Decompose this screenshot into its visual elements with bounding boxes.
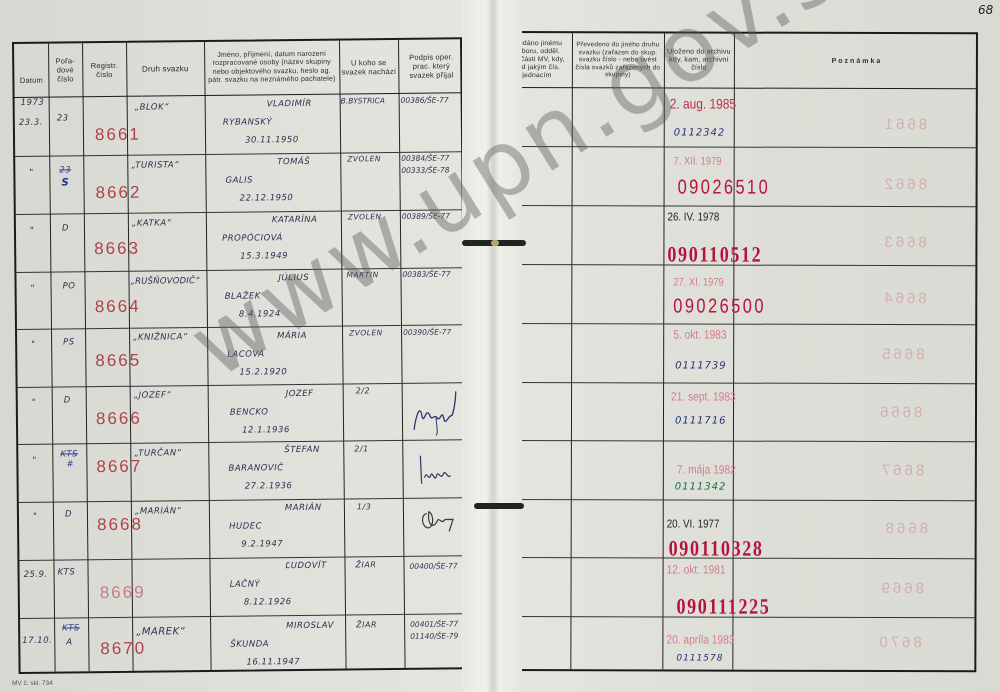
bleed-through-8662: 8662 [882, 176, 927, 193]
row-last-name: PROPÓCIOVÁ [222, 233, 283, 244]
archive-number-stamp: 090111225 [676, 593, 770, 619]
bleed-through-8670: 8670 [876, 634, 921, 651]
row-location: ZVOLEN [349, 328, 383, 337]
officer-signature-scrawl [410, 385, 461, 438]
row-file-type: „BLOK“ [135, 102, 169, 112]
row-order: S [61, 177, 70, 188]
bleed-through-8664: 8664 [881, 290, 926, 307]
row-reg-number: 8663 [94, 239, 140, 259]
row-signature: 00400/ŠE-77 [409, 561, 457, 571]
row-order-struck: KTS [62, 623, 80, 633]
row-date: " [31, 284, 36, 294]
header-note: Poznámka [734, 34, 980, 89]
row-file-type: „MAREK“ [136, 626, 185, 638]
archive-date-stamp: 21. sept. 1983 [671, 389, 736, 403]
binding-staple-bottom [474, 503, 524, 509]
row-order-struck: 23 [59, 165, 71, 175]
officer-signature-scrawl [417, 505, 457, 539]
row-signature: 00383/ŠE-77 [402, 269, 450, 279]
row-last-name: HUDEC [229, 521, 262, 531]
row-first-name: JÚLIUS [278, 273, 309, 283]
row-dob: 22.12.1950 [240, 193, 294, 204]
row-location: B.BYSTRICA [341, 96, 385, 105]
left-page: Datum Pořa-dové číslo Registr. číslo Dru… [0, 0, 470, 692]
row-first-name: MIROSLAV [286, 621, 334, 631]
bleed-through-8668: 8668 [883, 520, 928, 537]
row-first-name: ŠTEFAN [284, 445, 320, 455]
row-dob: 15.3.1949 [240, 251, 288, 261]
row-order: D [62, 223, 69, 233]
row-order: # [66, 459, 74, 469]
right-page: Předáno jinému odboru, odděl. součásti M… [470, 0, 1000, 692]
row-reg-number: 8664 [95, 297, 141, 317]
header-file-location: U koho se svazek nachází [339, 40, 399, 94]
row-last-name: LAČNÝ [230, 579, 261, 589]
row-last-name: BENCKO [230, 407, 269, 417]
row-order: PO [63, 281, 76, 291]
row-date: " [29, 168, 34, 178]
header-date: Datum [14, 44, 49, 97]
register-book-spread: Datum Pořa-dové číslo Registr. číslo Dru… [0, 0, 1000, 692]
bleed-through-8667: 8667 [879, 462, 924, 479]
row-signature: 00389/ŠE-77 [402, 211, 450, 221]
archive-number-handwritten: 0111342 [675, 481, 727, 492]
row-signature: 00384/ŠE-77 [401, 153, 449, 163]
archive-date-stamp: 20. apríla 1983 [666, 632, 734, 646]
row-file-type: „RUŠŇOVODIČ“ [130, 276, 199, 287]
header-converted-file-type: Převedeno do jiného druhu svazku (zařaze… [572, 33, 664, 87]
header-person-name: Jméno, příjmení, datum narození rozpraco… [204, 41, 340, 95]
row-first-name: TOMÁŠ [277, 157, 310, 167]
row-file-type: „KNIŽNICA“ [133, 332, 188, 343]
row-reg-number: 8661 [95, 125, 141, 145]
archive-number-stamp: 09026500 [673, 295, 766, 318]
row-last-name: LACOVÁ [227, 349, 264, 359]
row-date: " [30, 226, 35, 236]
row-location: ŽIAR [355, 560, 376, 569]
header-order-number: Pořa-dové číslo [48, 43, 83, 96]
row-order: 23 [57, 113, 69, 123]
archive-date-stamp: 2. aug. 1985 [670, 95, 736, 111]
binding-staple-top [462, 240, 526, 246]
header-archived: Uloženo do archivu kdy, kam, archivní čí… [664, 33, 734, 87]
row-file-type: „MARIÁN“ [135, 506, 182, 516]
row-dob: 12.1.1936 [242, 425, 290, 435]
row-reg-number: 8670 [100, 639, 146, 659]
row-dob: 30.11.1950 [245, 135, 299, 146]
row-date: 17.10. [22, 636, 52, 646]
row-location: ZVOLEN [347, 154, 381, 163]
row-file-type: „TURČAN“ [134, 448, 181, 458]
header-officer-signature: Podpis oper. prac. který svazek přijal [398, 39, 465, 93]
archive-number-handwritten: 0112342 [674, 127, 726, 138]
row-dob: 8.4.1924 [239, 309, 281, 319]
year-label: 1973 [21, 98, 45, 108]
row-last-name: RYBANSKÝ [223, 117, 272, 128]
row-first-name: MÁRIA [277, 331, 307, 341]
archive-number-handwritten: 0111716 [675, 415, 727, 426]
archive-date-stamp: 5. okt. 1983 [673, 327, 726, 341]
form-code-footer: MV č. skl. 734 [12, 680, 53, 687]
row-location: MARTIN [346, 270, 378, 279]
row-signature: 00390/ŠE-77 [403, 327, 451, 337]
archive-number-stamp: 090110328 [669, 535, 764, 561]
row-signature: 00386/ŠE-77 [401, 95, 449, 105]
row-location: 2/2 [356, 386, 370, 395]
row-reg-number: 8665 [95, 351, 141, 371]
row-first-name: MARIÁN [285, 503, 322, 513]
row-order: PS [63, 337, 75, 347]
row-date: " [32, 398, 37, 408]
row-dob: 9.2.1947 [241, 539, 283, 549]
row-first-name: VLADIMÍR [267, 99, 312, 109]
row-dob: 27.2.1936 [245, 481, 293, 491]
row-reg-number: 8666 [96, 409, 142, 429]
row-reg-number: 8662 [95, 183, 141, 203]
row-location: ZVOLEN [348, 212, 382, 221]
row-reg-number: 8668 [97, 515, 143, 535]
archive-date-stamp: 12. okt. 1981 [667, 562, 726, 576]
bleed-through-8665: 8665 [879, 346, 924, 363]
archive-number-stamp: 09026510 [678, 176, 771, 199]
row-date: " [33, 512, 38, 522]
archive-date-stamp: 26. IV. 1978 [667, 211, 719, 223]
right-register-table: Předáno jinému odboru, odděl. součásti M… [498, 31, 978, 672]
row-first-name: JOZEF [286, 389, 314, 399]
row-order-struck: KTS [60, 449, 78, 459]
row-dob: 8.12.1926 [244, 597, 292, 607]
row-first-name: KATARÍNA [272, 215, 318, 225]
row-signature-2: 01140/ŠE-79 [410, 631, 458, 641]
row-location: ŽIAR [356, 620, 377, 629]
archive-date-stamp: 27. XI. 1979 [673, 276, 723, 288]
row-reg-number: 8669 [100, 583, 146, 603]
row-reg-number: 8667 [96, 457, 142, 477]
row-last-name: BARANOVIČ [228, 463, 283, 474]
row-order: A [66, 637, 72, 647]
row-date: " [32, 456, 37, 466]
archive-number-stamp: 090110512 [667, 241, 762, 267]
row-date: 25.9. [24, 570, 48, 580]
header-registration-number: Registr. číslo [82, 43, 127, 96]
row-date: 23.3. [19, 118, 43, 128]
page-number: 68 [978, 3, 993, 17]
archive-date-stamp: 20. VI. 1977 [667, 518, 720, 530]
row-last-name: BLAŽEK [225, 291, 261, 301]
archive-number-handwritten: 0111739 [675, 360, 727, 371]
officer-signature-scrawl [416, 447, 456, 487]
header-file-type: Druh svazku [126, 42, 205, 96]
row-signature-2: 00333/ŠE-78 [401, 165, 449, 175]
row-location: 1/3 [357, 502, 371, 511]
row-dob: 15.2.1920 [239, 367, 287, 377]
row-dob: 16.11.1947 [246, 657, 300, 668]
row-location: 2/1 [354, 444, 368, 453]
bleed-through-8663: 8663 [881, 234, 926, 251]
row-order: D [64, 395, 71, 405]
book-gutter [462, 0, 522, 692]
row-last-name: ŠKUNDA [230, 639, 269, 649]
bleed-through-8669: 8669 [879, 580, 924, 597]
left-register-table: Datum Pořa-dové číslo Registr. číslo Dru… [12, 37, 469, 674]
row-order: KTS [58, 567, 76, 577]
archive-date-stamp: 7. mája 1982 [677, 462, 736, 476]
bleed-through-8661: 8661 [882, 116, 927, 133]
row-date: " [31, 340, 36, 350]
archive-number-handwritten: 0111578 [676, 653, 723, 663]
row-first-name: ĽUDOVÍT [285, 561, 326, 571]
row-signature: 00401/ŠE-77 [410, 619, 458, 629]
row-file-type: „KATKA“ [132, 218, 172, 228]
archive-date-stamp: 7. XII. 1979 [674, 155, 722, 167]
row-last-name: GALIS [225, 175, 253, 185]
row-file-type: „JOZEF“ [134, 390, 172, 400]
bleed-through-8666: 8666 [877, 404, 922, 421]
row-order: D [65, 509, 72, 519]
row-file-type: „TURISTA“ [131, 160, 179, 171]
